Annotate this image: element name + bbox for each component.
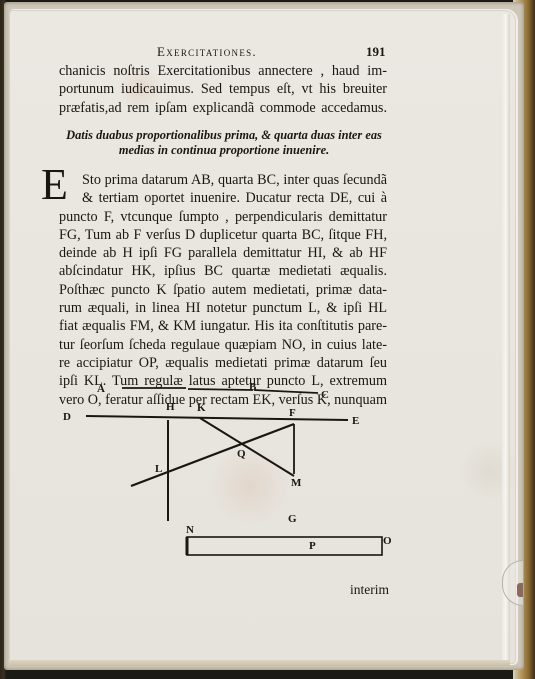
label-a: A [97, 383, 105, 395]
label-h: H [166, 401, 175, 413]
label-o: O [383, 535, 392, 547]
line-bc [254, 390, 318, 393]
book-scan: Exercitationes. 191 chanicis noſtris Exe… [0, 0, 535, 679]
diagram-figure: A B C D E F H K L Q M G N O P [0, 0, 535, 679]
label-d: D [63, 411, 71, 423]
ruler-no [187, 537, 382, 555]
label-e: E [352, 415, 359, 427]
line-de [86, 416, 348, 420]
label-m: M [291, 477, 302, 489]
label-p: P [309, 540, 316, 552]
label-g: G [288, 513, 297, 525]
label-c: C [321, 389, 329, 401]
line-km [200, 418, 294, 476]
line-ab-2 [188, 389, 253, 390]
label-k: K [197, 402, 206, 414]
label-b: B [249, 381, 257, 393]
geometric-diagram: A B C D E F H K L Q M G N O P [0, 0, 535, 679]
label-q: Q [237, 448, 246, 460]
label-l: L [155, 463, 162, 475]
label-f: F [289, 407, 296, 419]
line-lf [131, 424, 294, 486]
catchword: interim [350, 582, 389, 598]
label-n: N [186, 524, 194, 536]
